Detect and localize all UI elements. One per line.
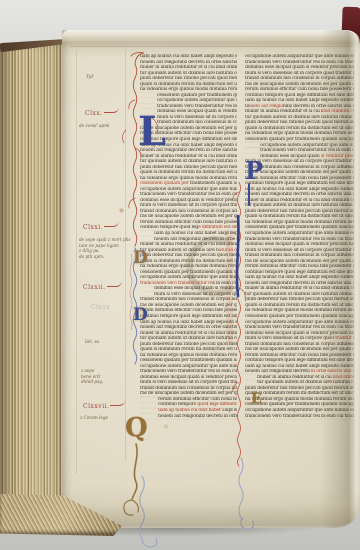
- margin-gloss-4: z sepebene eritdimid psq.: [81, 368, 103, 385]
- manuscript-photo: uam ap noibus cui oibz habet aliqd depos…: [0, 0, 360, 550]
- parchment-stain: [118, 208, 125, 213]
- margin-chap-2: Clxxi.: [83, 223, 119, 231]
- initial-d1: D: [133, 252, 148, 265]
- parchment-folio: uam ap noibus cui oibz habet aliqd depos…: [62, 30, 360, 528]
- initial-p: P: [245, 162, 263, 181]
- page-top-roll: [62, 30, 360, 58]
- penwork-stroke: [133, 64, 137, 246]
- page-edge-stack: [0, 44, 65, 506]
- penwork-stroke: [237, 216, 238, 296]
- margin-chap-3: Clxxii.: [83, 283, 122, 291]
- initial-d2: D: [133, 309, 148, 322]
- penwork-stroke: [130, 254, 132, 330]
- margin-chap-1: Clxx.: [85, 109, 119, 117]
- parchment-stain: [208, 346, 222, 356]
- penwork-flourish-layer: [62, 30, 360, 528]
- margin-note-top: Tpl': [86, 74, 94, 80]
- initial-e: E: [251, 394, 262, 405]
- margin-chap-4: Clxxvii.: [83, 402, 125, 410]
- margin-gloss-3: Ioh. ss.: [85, 339, 100, 345]
- parchment-stain: [163, 424, 169, 429]
- initial-l: L: [138, 116, 166, 147]
- margin-gloss-5: z Coram lege: [80, 415, 108, 421]
- margin-gloss-1: de consl' apmi: [79, 123, 110, 129]
- initial-q: Q: [125, 418, 148, 438]
- page-gutter-shadow: [62, 30, 73, 528]
- margin-gloss-2: de sepe spali z mort plisiure ne pape li…: [79, 237, 131, 259]
- page-right-curl: [320, 30, 360, 528]
- margin-ghost-1: Clxxx: [91, 305, 110, 311]
